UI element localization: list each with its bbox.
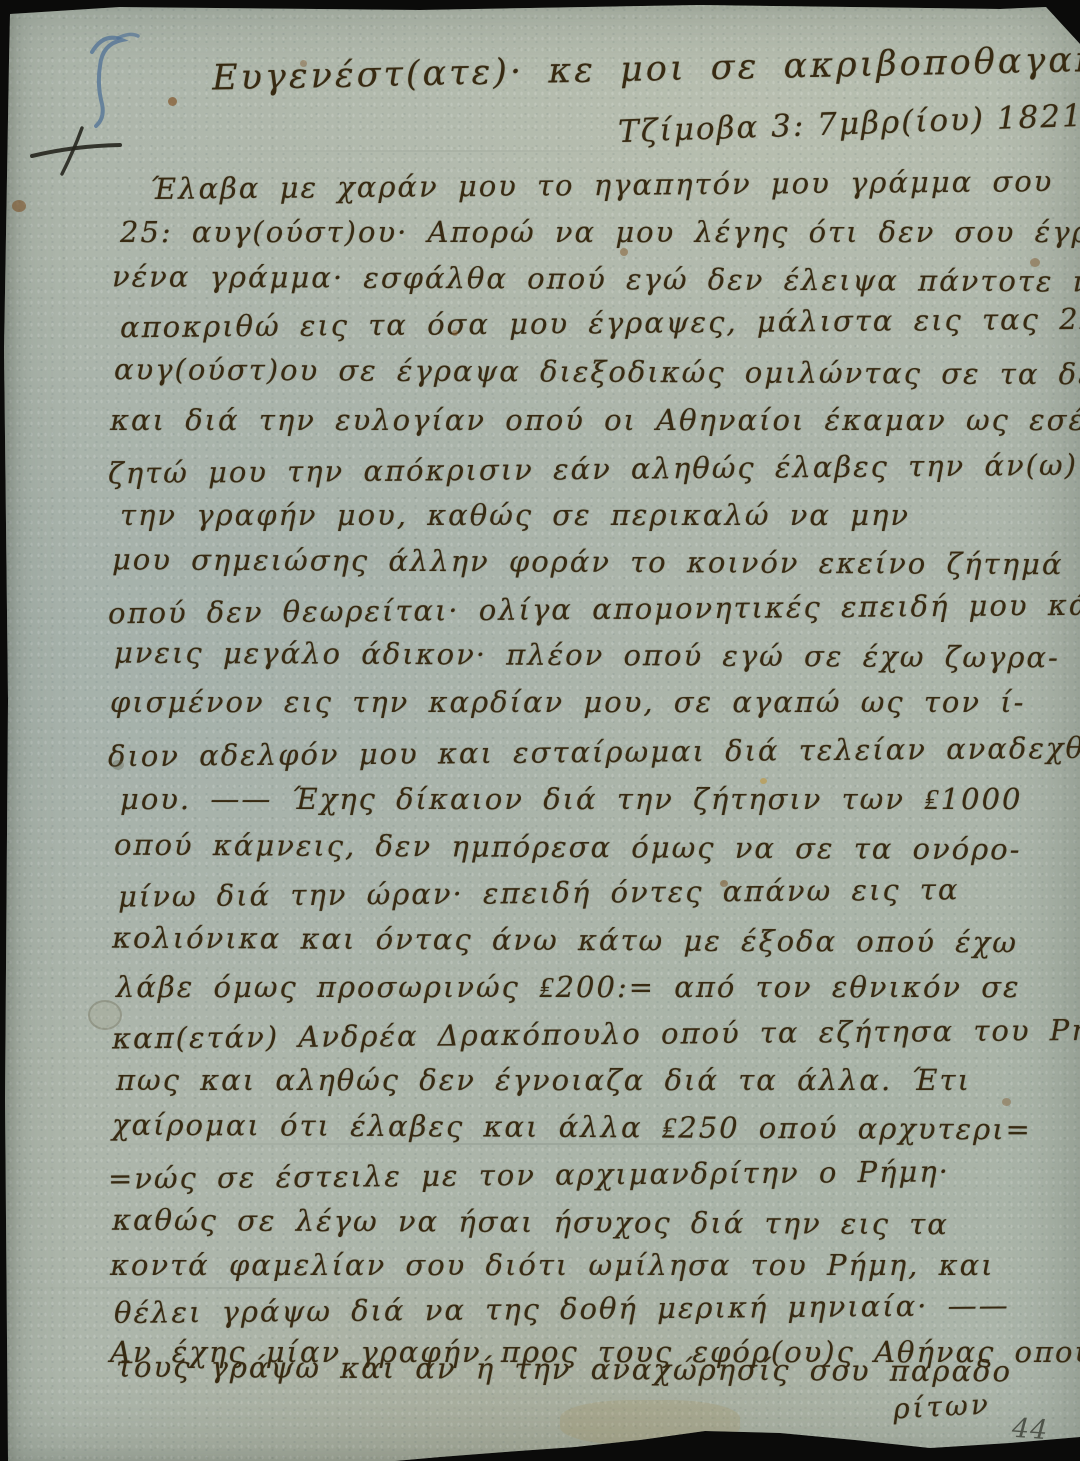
body-line: 25: αυγ(ούστ)ου· Απορώ να μου λέγης ότι … [120,215,1080,249]
blue-pencil-mark [78,30,148,130]
body-line: και διά την ευλογίαν οπού οι Αθηναίοι έκ… [110,403,1080,437]
salutation-line: Ευγενέστ(ατε)· κε μοι σε ακριβοποθαγαπημ… [212,37,1080,98]
page-number: 44 [1011,1413,1049,1446]
stain-spot [168,97,177,106]
closing-word: ρίτων [892,1387,991,1425]
stain-spot [1002,1098,1011,1106]
body-line: μου σημειώσης άλλην φοράν το κοινόν εκεί… [112,542,1080,581]
crease-line [20,1287,480,1289]
stain-spot [12,200,26,212]
dateline: Τζίμοβα 3: 7μβρ(ίου) 1821 [618,98,1080,150]
stain-spot [560,1400,740,1445]
body-line: νένα γράμμα· εσφάλθα οπού εγώ δεν έλειψα… [112,259,1080,298]
body-line: =νώς σε έστειλε με τον αρχιμανδρίτην ο Ρ… [108,1154,950,1195]
body-line: αυγ(ούστ)ου σε έγραψα διεξοδικώς ομιλώντ… [114,352,1080,392]
body-line: κολιόνικα και όντας άνω κάτω με έξοδα οπ… [112,921,1018,960]
paper-sheet: Ευγενέστ(ατε)· κε μοι σε ακριβοποθαγαπημ… [0,0,1080,1461]
body-line: μίνω διά την ώραν· επειδή όντες απάνω ει… [118,872,960,913]
body-line: κοντά φαμελίαν σου διότι ωμίλησα του Ρήμ… [110,1248,995,1282]
body-line: θέλει γράψω διά να της δοθή μερική μηνια… [114,1288,1010,1330]
body-line: Έλαβα με χαράν μου το ηγαπητόν μου γράμμ… [150,164,1054,206]
scanned-letter-page: Ευγενέστ(ατε)· κε μοι σε ακριβοποθαγαπημ… [0,0,1080,1461]
body-line: πως και αληθώς δεν έγνοιαζα διά τα άλλα.… [116,1063,971,1097]
body-line: καθώς σε λέγω να ήσαι ήσυχος διά την εις… [112,1203,949,1241]
body-line: λάβε όμως προσωρινώς ₤200:= από τον εθνι… [116,970,1021,1005]
body-line: φισμένον εις την καρδίαν μου, σε αγαπώ ω… [110,685,1025,719]
body-line: μνεις μεγάλο άδικον· πλέον οπού εγώ σε έ… [114,636,1060,675]
body-line: την γραφήν μου, καθώς σε περικαλώ να μην [120,498,910,532]
body-line: χαίρομαι ότι έλαβες και άλλα ₤250 οπού α… [112,1108,1032,1148]
body-line: τους γράψω και αν ή την αναχώρησίς σου π… [116,1350,1012,1389]
cross-mark [28,122,128,182]
body-line: καπ(ετάν) Ανδρέα Δρακόπουλο οπού τα εζήτ… [112,1013,1080,1056]
stain-spot [620,248,628,256]
crease-line [200,150,700,152]
body-line: οπού δεν θεωρείται· ολίγα απομονητικές ε… [108,588,1080,631]
body-line: ζητώ μου την απόκρισιν εάν αληθώς έλαβες… [108,448,1078,490]
body-line: αποκριθώ εις τα όσα μου έγραψες, μάλιστα… [120,302,1080,345]
body-line: μου. —— Έχης δίκαιον διά την ζήτησιν των… [120,782,1022,817]
body-line: οπού κάμνεις, δεν ημπόρεσα όμως να σε τα… [114,828,1022,867]
body-line: διον αδελφόν μου και εσταίρωμαι διά τελε… [108,731,1080,774]
